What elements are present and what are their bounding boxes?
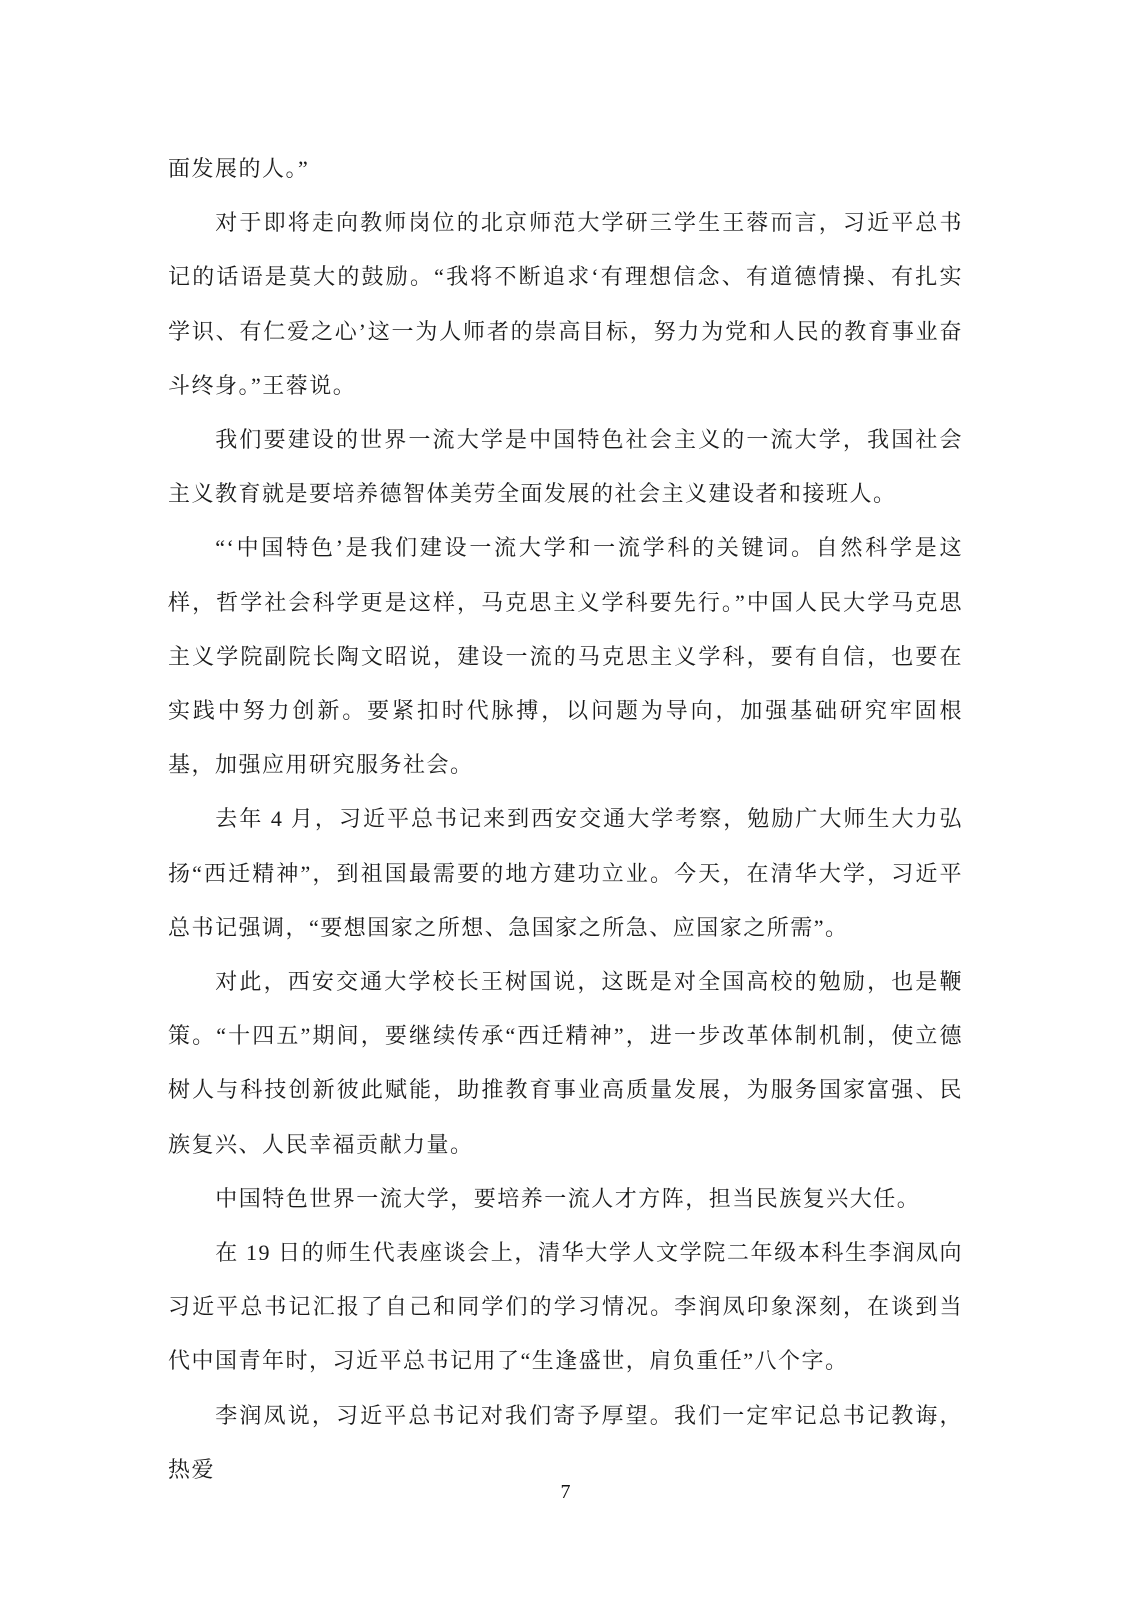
document-page: 面发展的人。”对于即将走向教师岗位的北京师范大学研三学生王蓉而言，习近平总书记的… [0, 0, 1131, 1600]
paragraph: 对此，西安交通大学校长王树国说，这既是对全国高校的勉励，也是鞭策。“十四五”期间… [168, 955, 963, 1172]
paragraph: 对于即将走向教师岗位的北京师范大学研三学生王蓉而言，习近平总书记的话语是莫大的鼓… [168, 196, 963, 413]
paragraph: 我们要建设的世界一流大学是中国特色社会主义的一流大学，我国社会主义教育就是要培养… [168, 413, 963, 521]
page-number: 7 [561, 1481, 571, 1503]
page-footer: 7 [0, 1478, 1131, 1506]
paragraph: “‘中国特色’是我们建设一流大学和一流学科的关键词。自然科学是这样，哲学社会科学… [168, 521, 963, 792]
document-body: 面发展的人。”对于即将走向教师岗位的北京师范大学研三学生王蓉而言，习近平总书记的… [168, 142, 963, 1497]
paragraph: 去年 4 月，习近平总书记来到西安交通大学考察，勉励广大师生大力弘扬“西迁精神”… [168, 792, 963, 955]
paragraph: 中国特色世界一流大学，要培养一流人才方阵，担当民族复兴大任。 [168, 1172, 963, 1226]
paragraph: 面发展的人。” [168, 142, 963, 196]
paragraph: 在 19 日的师生代表座谈会上，清华大学人文学院二年级本科生李润凤向习近平总书记… [168, 1226, 963, 1389]
